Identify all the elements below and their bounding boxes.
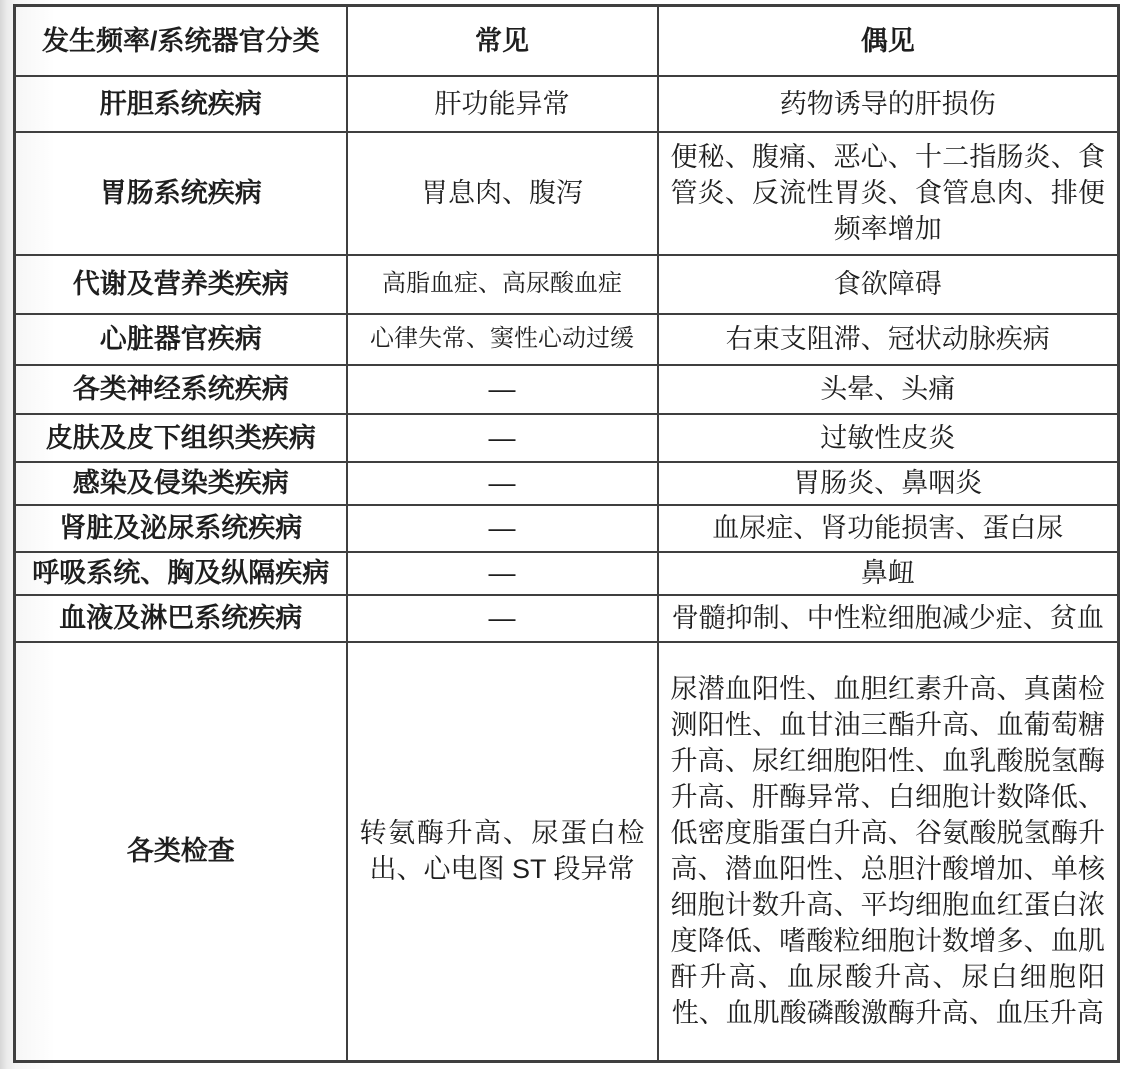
- common-cell: 胃息肉、腹泻: [347, 132, 658, 255]
- uncommon-cell: 血尿症、肾功能损害、蛋白尿: [658, 505, 1119, 552]
- table-row: 肝胆系统疾病 肝功能异常 药物诱导的肝损伤: [15, 76, 1119, 132]
- category-cell: 各类神经系统疾病: [15, 365, 347, 414]
- column-header-uncommon: 偶见: [658, 6, 1119, 76]
- category-cell: 胃肠系统疾病: [15, 132, 347, 255]
- table-row: 皮肤及皮下组织类疾病 — 过敏性皮炎: [15, 414, 1119, 462]
- uncommon-cell: 药物诱导的肝损伤: [658, 76, 1119, 132]
- uncommon-cell: 过敏性皮炎: [658, 414, 1119, 462]
- common-cell: —: [347, 552, 658, 595]
- table-row: 代谢及营养类疾病 高脂血症、高尿酸血症 食欲障碍: [15, 255, 1119, 314]
- uncommon-cell: 鼻衄: [658, 552, 1119, 595]
- common-cell: 心律失常、窦性心动过缓: [347, 314, 658, 365]
- category-cell: 代谢及营养类疾病: [15, 255, 347, 314]
- category-cell: 感染及侵染类疾病: [15, 462, 347, 505]
- common-cell: 转氨酶升高、尿蛋白检出、心电图 ST 段异常: [347, 642, 658, 1062]
- column-header-frequency-class: 发生频率/系统器官分类: [15, 6, 347, 76]
- common-cell: 肝功能异常: [347, 76, 658, 132]
- common-cell: —: [347, 595, 658, 642]
- category-cell: 呼吸系统、胸及纵隔疾病: [15, 552, 347, 595]
- uncommon-cell: 便秘、腹痛、恶心、十二指肠炎、食管炎、反流性胃炎、食管息肉、排便频率增加: [658, 132, 1119, 255]
- uncommon-cell: 右束支阻滞、冠状动脉疾病: [658, 314, 1119, 365]
- table-row: 呼吸系统、胸及纵隔疾病 — 鼻衄: [15, 552, 1119, 595]
- uncommon-cell: 食欲障碍: [658, 255, 1119, 314]
- uncommon-cell: 胃肠炎、鼻咽炎: [658, 462, 1119, 505]
- column-header-common: 常见: [347, 6, 658, 76]
- common-cell: —: [347, 462, 658, 505]
- table-row: 各类神经系统疾病 — 头晕、头痛: [15, 365, 1119, 414]
- adverse-reactions-table: 发生频率/系统器官分类 常见 偶见 肝胆系统疾病 肝功能异常 药物诱导的肝损伤 …: [13, 4, 1120, 1063]
- table-row: 肾脏及泌尿系统疾病 — 血尿症、肾功能损害、蛋白尿: [15, 505, 1119, 552]
- uncommon-cell: 骨髓抑制、中性粒细胞减少症、贫血: [658, 595, 1119, 642]
- common-cell: —: [347, 505, 658, 552]
- table-row: 感染及侵染类疾病 — 胃肠炎、鼻咽炎: [15, 462, 1119, 505]
- category-cell: 心脏器官疾病: [15, 314, 347, 365]
- table-row: 心脏器官疾病 心律失常、窦性心动过缓 右束支阻滞、冠状动脉疾病: [15, 314, 1119, 365]
- table-row: 胃肠系统疾病 胃息肉、腹泻 便秘、腹痛、恶心、十二指肠炎、食管炎、反流性胃炎、食…: [15, 132, 1119, 255]
- category-cell: 肾脏及泌尿系统疾病: [15, 505, 347, 552]
- category-cell: 皮肤及皮下组织类疾病: [15, 414, 347, 462]
- document-page: 发生频率/系统器官分类 常见 偶见 肝胆系统疾病 肝功能异常 药物诱导的肝损伤 …: [0, 0, 1128, 1069]
- uncommon-cell: 尿潜血阳性、血胆红素升高、真菌检测阳性、血甘油三酯升高、血葡萄糖升高、尿红细胞阳…: [658, 642, 1119, 1062]
- category-cell: 各类检查: [15, 642, 347, 1062]
- common-cell: 高脂血症、高尿酸血症: [347, 255, 658, 314]
- uncommon-cell: 头晕、头痛: [658, 365, 1119, 414]
- table-header-row: 发生频率/系统器官分类 常见 偶见: [15, 6, 1119, 76]
- table-row: 血液及淋巴系统疾病 — 骨髓抑制、中性粒细胞减少症、贫血: [15, 595, 1119, 642]
- table-row: 各类检查 转氨酶升高、尿蛋白检出、心电图 ST 段异常 尿潜血阳性、血胆红素升高…: [15, 642, 1119, 1062]
- category-cell: 血液及淋巴系统疾病: [15, 595, 347, 642]
- common-cell: —: [347, 414, 658, 462]
- common-cell: —: [347, 365, 658, 414]
- category-cell: 肝胆系统疾病: [15, 76, 347, 132]
